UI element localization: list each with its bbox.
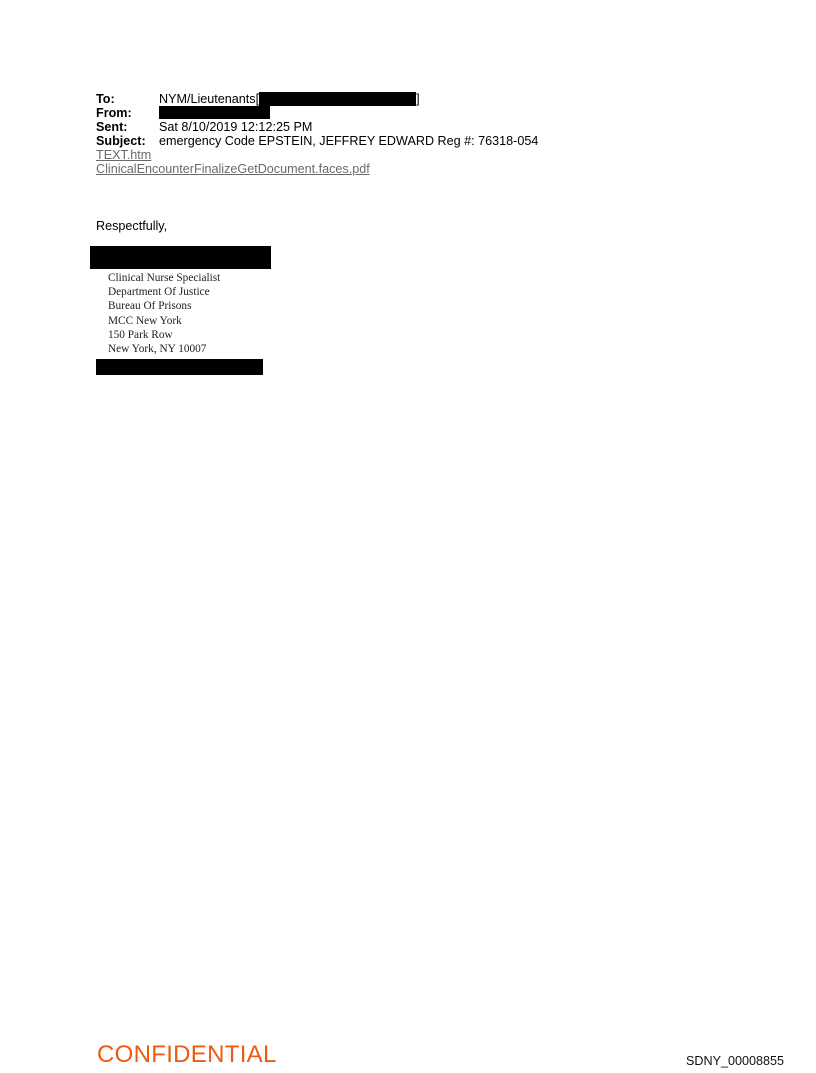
signature-line: Clinical Nurse Specialist	[108, 271, 220, 285]
redaction-block	[159, 106, 270, 119]
sent-value: Sat 8/10/2019 12:12:25 PM	[159, 120, 312, 134]
bates-number: SDNY_00008855	[686, 1054, 784, 1068]
from-row: From:	[96, 106, 538, 120]
signature-line: MCC New York	[108, 314, 220, 328]
redaction-block	[259, 92, 416, 106]
redaction-block	[96, 359, 263, 375]
redaction-block	[90, 246, 271, 269]
subject-value: emergency Code EPSTEIN, JEFFREY EDWARD R…	[159, 134, 538, 148]
sent-row: Sent: Sat 8/10/2019 12:12:25 PM	[96, 120, 538, 134]
attachment-link-clinical-pdf[interactable]: ClinicalEncounterFinalizeGetDocument.fac…	[96, 162, 538, 176]
to-recipient: NYM/Lieutenants[	[159, 92, 259, 106]
from-label: From:	[96, 106, 159, 120]
to-value: NYM/Lieutenants[]	[159, 92, 420, 106]
attachment-link-text-htm[interactable]: TEXT.htm	[96, 148, 538, 162]
signature-line: Bureau Of Prisons	[108, 299, 220, 313]
signature-line: Department Of Justice	[108, 285, 220, 299]
to-label: To:	[96, 92, 159, 106]
greeting: Respectfully,	[96, 219, 167, 233]
signature-line: New York, NY 10007	[108, 342, 220, 356]
subject-row: Subject: emergency Code EPSTEIN, JEFFREY…	[96, 134, 538, 148]
email-header: To: NYM/Lieutenants[] From: Sent: Sat 8/…	[96, 92, 538, 176]
to-row: To: NYM/Lieutenants[]	[96, 92, 538, 106]
confidential-stamp: CONFIDENTIAL	[97, 1041, 277, 1069]
from-value	[159, 106, 270, 120]
to-bracket-close: ]	[416, 92, 420, 106]
signature-block: Clinical Nurse Specialist Department Of …	[108, 271, 220, 356]
subject-label: Subject:	[96, 134, 159, 148]
sent-label: Sent:	[96, 120, 159, 134]
signature-line: 150 Park Row	[108, 328, 220, 342]
